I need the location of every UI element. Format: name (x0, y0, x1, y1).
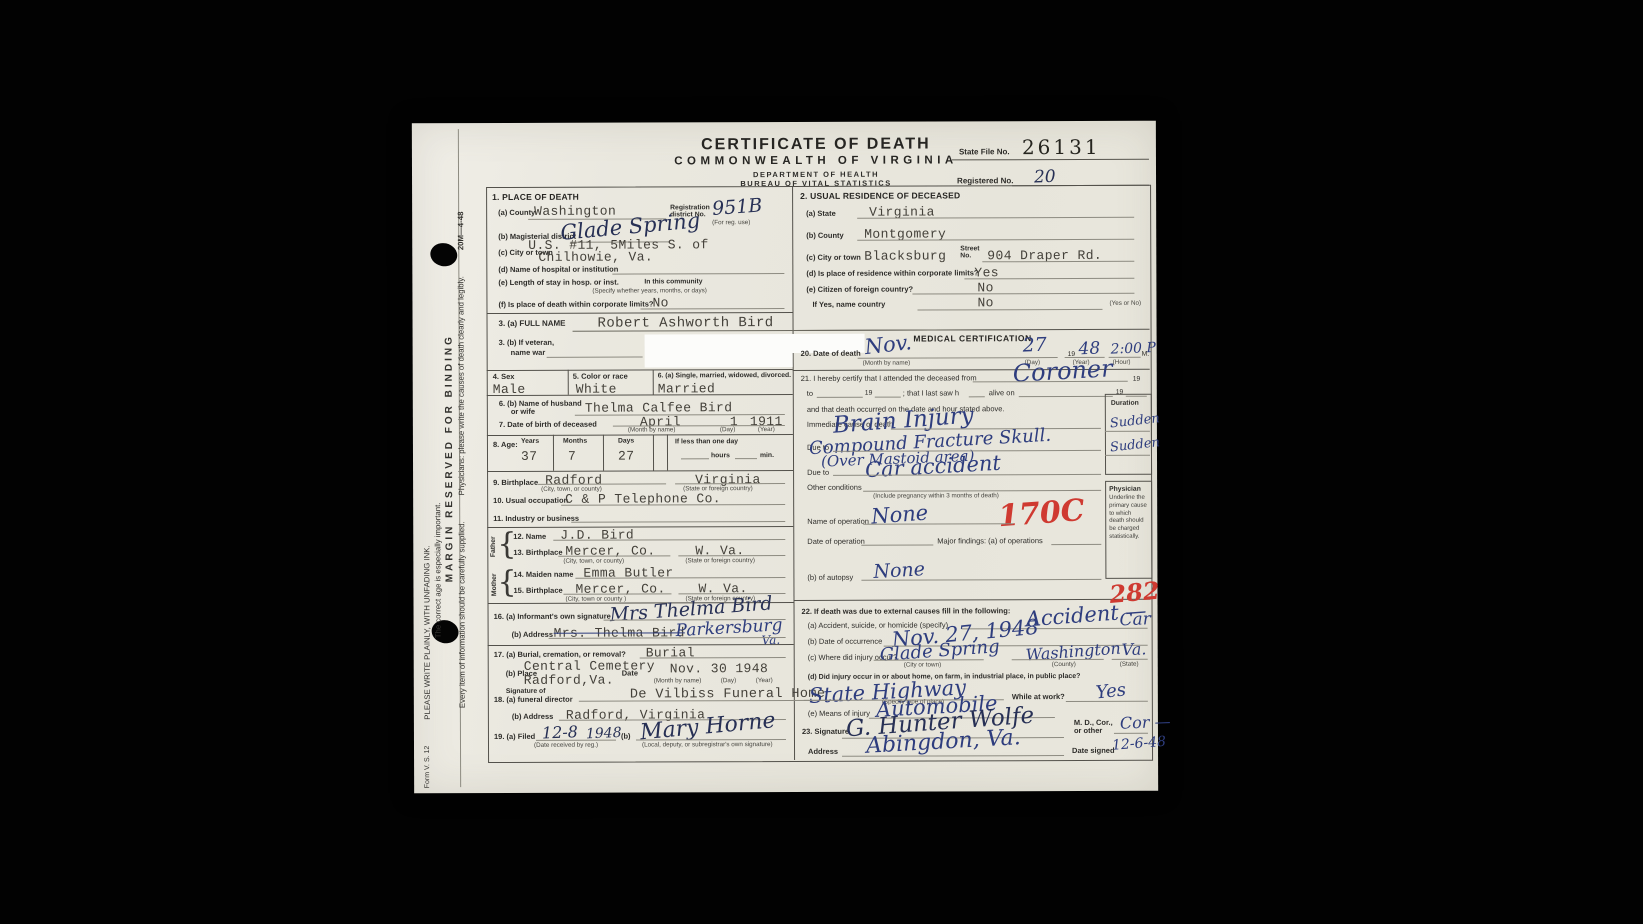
residence-city-value: Blacksburg (864, 249, 946, 264)
age-years-cap: Years (521, 438, 539, 446)
corporate-limits-label: (f) Is place of death within corporate l… (498, 300, 653, 309)
filed-b-label: (b) (621, 733, 631, 742)
margin-line-4: Every item of information should be care… (456, 128, 466, 788)
filed-received-cap: (Date received by reg.) (534, 743, 598, 750)
residence-heading: 2. USUAL RESIDENCE OF DECEASED (800, 191, 960, 201)
less-than-day-label: If less than one day (675, 438, 738, 446)
certify-line-1: 21. I hereby certify that I attended the… (801, 374, 977, 383)
birthplace-label: 9. Birthplace (493, 479, 538, 488)
father-bp-state-cap: (State or foreign country) (685, 558, 755, 565)
duration-value-1: Sudden (1109, 412, 1160, 430)
field-line (1105, 455, 1150, 456)
informant-address-hand-2: Va. (761, 634, 780, 647)
dob-label: 7. Date of birth of deceased (499, 421, 597, 430)
age-months-value: 7 (568, 450, 576, 464)
margin-rotated-text: Form V. S. 12 PLEASE WRITE PLAINLY, WITH… (422, 128, 484, 788)
funeral-address-label: (b) Address (512, 713, 553, 722)
red-stamp-170c: 170C (997, 496, 1085, 532)
community-label: In this community (644, 278, 702, 286)
form-number: Form V. S. 12 (424, 746, 432, 789)
father-birthplace-label: 13. Birthplace (513, 549, 562, 558)
signer-address-label: Address (808, 748, 838, 757)
veteran-label-2: name war (511, 349, 546, 358)
meridiem-label: M. (1142, 351, 1150, 358)
major-findings-label: Major findings: (a) of operations (937, 537, 1042, 546)
place-of-death-heading: 1. PLACE OF DEATH (492, 193, 579, 203)
physician-heading: Physician (1109, 486, 1141, 494)
rule (667, 434, 668, 470)
burial-day-cap: (Day) (721, 678, 736, 685)
field-line (1051, 544, 1101, 545)
dod-hour-cap: (Hour) (1113, 360, 1131, 367)
rule (568, 370, 569, 395)
residence-county-label: (b) County (806, 232, 844, 241)
physicians-note: Physicians: please write the causes of d… (457, 276, 466, 495)
state-file-value: 26131 (1022, 135, 1101, 159)
race-label: 5. Color or race (573, 373, 628, 382)
burial-date-label: Date (622, 670, 638, 679)
father-name-value: J.D. Bird (560, 529, 634, 544)
registered-label: Registered No. (957, 176, 1014, 185)
informant-address-label: (b) Address (512, 631, 553, 640)
field-line (817, 397, 863, 398)
physician-note: Underline the primary cause to which dea… (1109, 495, 1147, 542)
injury-state-cap: (State) (1120, 662, 1139, 669)
scanned-death-certificate: Form V. S. 12 PLEASE WRITE PLAINLY, WITH… (0, 0, 1643, 924)
citizen-label: (e) Citizen of foreign country? (806, 286, 913, 295)
duration-value-2: Sudden (1109, 436, 1160, 454)
residence-state-label: (a) State (806, 210, 836, 219)
other-conditions-label: Other conditions (807, 484, 862, 493)
race-value: White (576, 383, 617, 397)
dob-year-cap: (Year) (758, 427, 775, 434)
yes-no-note: (Yes or No) (1109, 301, 1141, 308)
hospital-label: (d) Name of hospital or institution (498, 266, 618, 275)
age-months-cap: Months (563, 438, 587, 446)
full-name-label: 3. (a) FULL NAME (499, 319, 566, 328)
print-code: 20M—4-48 (457, 212, 465, 251)
mother-maiden-label: 14. Maiden name (513, 571, 573, 580)
margin-binding-label: MARGIN RESERVED FOR BINDING (444, 334, 455, 582)
md-cor-label-2: or other (1074, 727, 1102, 736)
stay-label: (e) Length of stay in hosp. or inst. (498, 279, 618, 288)
injury-city-cap: (City or town) (904, 662, 941, 669)
marital-label: 6. (a) Single, married, widowed, divorce… (658, 372, 791, 380)
physician-signature-label: 23. Signature (802, 728, 849, 737)
burial-month-cap: (Month by name) (654, 678, 702, 685)
county-label: (a) County (498, 209, 535, 218)
redaction-box (645, 334, 793, 368)
mother-bp-city-cap: (City, town or county ) (565, 597, 626, 604)
spouse-label-2: or wife (511, 408, 535, 417)
burial-date-value: Nov. 30 1948 (670, 662, 768, 677)
duration-heading: Duration (1111, 400, 1139, 408)
field-line (681, 458, 709, 459)
burial-year-cap: (Year) (756, 678, 773, 685)
margin-line-1: Form V. S. 12 PLEASE WRITE PLAINLY, WITH… (422, 128, 432, 788)
operation-date-label: Date of operation (807, 538, 865, 547)
other-conditions-cap: (Include pregnancy within 3 months of de… (873, 493, 999, 500)
field-line (875, 397, 901, 398)
dob-day-cap: (Day) (720, 427, 735, 434)
age-label: 8. Age: (493, 441, 518, 450)
state-file-label: State File No. (959, 147, 1010, 156)
hours-cap: hours (711, 452, 730, 460)
registered-value: 20 (1034, 169, 1056, 187)
injury-state-value: Va. (1121, 641, 1146, 658)
informant-address-typed: Mrs. Thelma Bird (554, 626, 685, 641)
mother-birthplace-label: 15. Birthplace (513, 587, 562, 596)
veteran-label-1: 3. (b) If veteran, (499, 339, 554, 348)
field-line (1112, 659, 1148, 660)
field-line (1105, 431, 1150, 432)
operation-label: Name of operation (807, 518, 869, 527)
write-plainly-note: PLEASE WRITE PLAINLY, WITH UNFADING INK. (423, 545, 431, 719)
informant-signature-label: 16. (a) Informant's own signature (494, 613, 611, 622)
rule (653, 369, 654, 394)
age-days-value: 27 (618, 450, 634, 464)
date-of-death-day: 27 (1022, 336, 1047, 356)
margin-line-2: The correct age is especially important. (433, 128, 443, 788)
marital-value: Married (658, 382, 715, 396)
dod-month-cap: (Month by name) (863, 361, 911, 368)
date-signed-label: Date signed (1072, 747, 1115, 756)
certify-to-label: to (807, 390, 813, 399)
external-causes-heading: 22. If death was due to external causes … (802, 607, 1011, 616)
certify-19a: 19 (1133, 376, 1141, 383)
date-signed-value: 12-6-48 (1112, 735, 1167, 753)
industry-label: 11. Industry or business (493, 515, 579, 524)
regdist-note: (For reg. use) (712, 220, 750, 227)
rule (553, 435, 554, 471)
dob-month-cap: (Month by name) (628, 427, 676, 434)
occurrence-date-label: (b) Date of occurrence (808, 638, 883, 647)
certify-saw-label: ; that I last saw h (903, 389, 959, 398)
certificate-paper: Form V. S. 12 PLEASE WRITE PLAINLY, WITH… (412, 121, 1158, 794)
sex-label: 4. Sex (493, 373, 515, 382)
age-years-value: 37 (521, 450, 537, 464)
md-cor-value: Cor — (1120, 714, 1171, 732)
while-at-work-label: While at work? (1012, 693, 1065, 702)
accident-value-2: Car (1119, 611, 1151, 629)
while-at-work-value: Yes (1095, 681, 1127, 702)
correct-age-note: The correct age is especially important. (434, 503, 442, 639)
ifyes-country-label: If Yes, name country (812, 301, 885, 310)
filed-label: 19. (a) Filed (494, 733, 535, 742)
city-town-value-2: Chilhowie, Va. (538, 250, 653, 265)
registrar-signature-cap: (Local, deputy, or subregistrar's own si… (642, 742, 773, 749)
field-line (1109, 357, 1141, 358)
regdist-value: 951B (712, 196, 763, 219)
due-to-label-2: Due to (807, 469, 829, 478)
date-of-death-label: 20. Date of death (801, 350, 861, 359)
burial-place-value-2: Radford,Va. (524, 674, 614, 689)
residence-city-label: (c) City or town (806, 254, 861, 263)
field-line (969, 396, 985, 397)
occupation-label: 10. Usual occupation (493, 497, 568, 506)
field-line (735, 458, 757, 459)
residence-corporate-label: (d) Is place of residence within corpora… (806, 269, 978, 278)
min-cap: min. (760, 452, 774, 460)
certify-19b: 19 (865, 390, 873, 397)
injury-county-cap: (County) (1052, 662, 1076, 669)
father-name-label: 12. Name (513, 533, 546, 542)
supplied-note: Every item of information should be care… (458, 521, 466, 708)
stay-note: (Specify whether years, months, or days) (592, 288, 706, 295)
street-label-2: No. (960, 252, 971, 260)
field-line (1114, 733, 1148, 734)
mother-maiden-value: Emma Butler (583, 566, 673, 581)
margin-line-3: MARGIN RESERVED FOR BINDING (443, 128, 455, 788)
funeral-director-label: 18. (a) funeral director (494, 696, 573, 705)
date-of-death-month: Nov. (864, 332, 913, 358)
rule (653, 434, 654, 470)
age-days-cap: Days (618, 438, 634, 446)
rule (603, 435, 604, 471)
certify-alive-label: alive on (989, 389, 1015, 398)
sex-value: Male (493, 383, 526, 397)
autopsy-label: (b) of autopsy (807, 574, 853, 583)
